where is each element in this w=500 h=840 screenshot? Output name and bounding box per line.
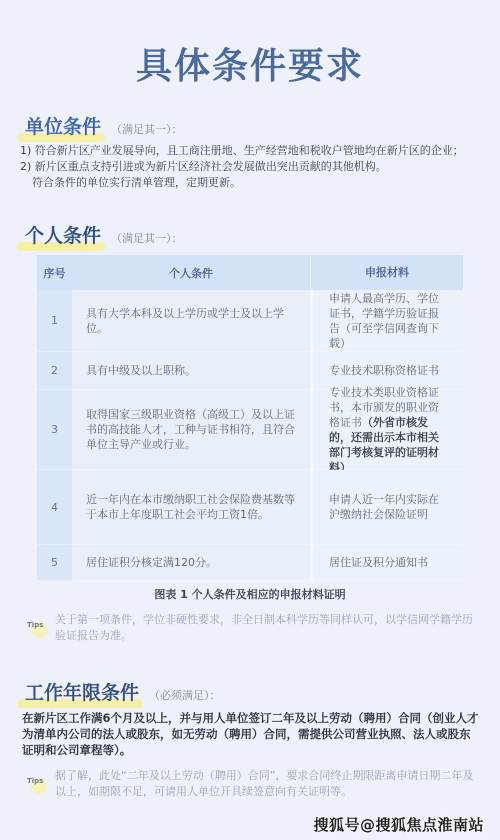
- personal-conditions-heading: 个人条件 （满足其一）：: [25, 221, 183, 248]
- row-condition: 近一年内在本市缴纳职工社会保险费基数等于本市上年度职工社会平均工资1倍。: [72, 470, 310, 545]
- row-material: 申请人最高学历、学位证书，学籍学历验证报告（可至学信网查询下载）: [310, 290, 463, 352]
- tips-text: 关于第一项条件，学位非硬性要求，非全日制本科学历等同样认可，以学信网学籍学历验证…: [53, 612, 477, 644]
- page: 具体条件要求 单位条件 （满足其一）： 1) 符合新片区产业发展导向，且工商注册…: [0, 0, 500, 840]
- row-condition: 具有中级及以上职称。: [72, 352, 310, 390]
- row-no: 1: [37, 290, 72, 352]
- work-conditions-heading: 工作年限条件 （必须满足）：: [25, 678, 221, 705]
- unit-conditions-footer: 符合条件的单位实行清单管理，定期更新。: [20, 175, 490, 191]
- table-row: 5 居住证积分核定满120分。 居住证及积分通知书: [37, 545, 463, 581]
- table-row: 4 近一年内在本市缴纳职工社会保险费基数等于本市上年度职工社会平均工资1倍。 申…: [37, 470, 463, 545]
- unit-conditions-list: 1) 符合新片区产业发展导向，且工商注册地、生产经营地和税收户管地均在新片区的企…: [20, 143, 490, 191]
- row-condition: 取得国家三级职业资格（高级工）及以上证书的高技能人才，工种与证书相符，且符合单位…: [72, 390, 310, 470]
- personal-conditions-table: 序号 个人条件 申报材料 1 具有大学本科及以上学历或学士及以上学位。 申请人最…: [37, 255, 463, 581]
- section-note: （满足其一）：: [111, 121, 183, 137]
- tips-text: 据了解，此处“二年及以上劳动（聘用）合同”，要求合同终止期限距离申请日期二年及以…: [53, 768, 477, 800]
- unit-condition-item: 1) 符合新片区产业发展导向，且工商注册地、生产经营地和税收户管地均在新片区的企…: [20, 143, 490, 159]
- table-row: 3 取得国家三级职业资格（高级工）及以上证书的高技能人才，工种与证书相符，且符合…: [37, 390, 463, 470]
- section-title: 工作年限条件: [25, 678, 139, 705]
- tips-personal: Tips 关于第一项条件，学位非硬性要求，非全日制本科学历等同样认可，以学信网学…: [27, 612, 477, 644]
- row-no: 4: [37, 470, 72, 545]
- table-row: 1 具有大学本科及以上学历或学士及以上学位。 申请人最高学历、学位证书，学籍学历…: [37, 290, 463, 352]
- section-note: （必须满足）：: [149, 687, 221, 703]
- row-no: 2: [37, 352, 72, 390]
- unit-condition-item: 2) 新片区重点支持引进或为新片区经济社会发展做出突出贡献的其他机构。: [20, 159, 490, 175]
- row-material: 居住证及积分通知书: [310, 545, 463, 581]
- header-material: 申报材料: [310, 255, 463, 290]
- row-no: 3: [37, 390, 72, 470]
- work-conditions-body: 在新片区工作满6个月及以上，并与用人单位签订二年及以上劳动（聘用）合同（创业人才…: [22, 710, 480, 758]
- row-no: 5: [37, 545, 72, 581]
- unit-conditions-heading: 单位条件 （满足其一）：: [25, 112, 183, 139]
- section-note: （满足其一）：: [111, 230, 183, 246]
- row-material: 专业技术类职业资格证书，本市颁发的职业资格证书（外省市核发的，还需出示本市相关部…: [310, 390, 463, 470]
- section-title: 个人条件: [25, 221, 101, 248]
- header-condition: 个人条件: [72, 265, 310, 281]
- page-title: 具体条件要求: [0, 38, 500, 89]
- tips-work: Tips 据了解，此处“二年及以上劳动（聘用）合同”，要求合同终止期限距离申请日…: [27, 768, 477, 800]
- section-title: 单位条件: [25, 112, 101, 139]
- row-material: 申请人近一年内实际在沪缴纳社会保险证明: [310, 470, 463, 545]
- table-caption: 图表 1 个人条件及相应的申报材料证明: [0, 586, 500, 602]
- tips-badge-icon: Tips: [27, 768, 53, 800]
- tips-badge-icon: Tips: [27, 612, 53, 644]
- row-condition: 具有大学本科及以上学历或学士及以上学位。: [72, 290, 310, 352]
- watermark: 搜狐号@搜狐焦点淮南站: [313, 814, 484, 835]
- header-no: 序号: [37, 265, 72, 281]
- table-header: 序号 个人条件 申报材料: [37, 255, 463, 290]
- row-condition: 居住证积分核定满120分。: [72, 545, 310, 581]
